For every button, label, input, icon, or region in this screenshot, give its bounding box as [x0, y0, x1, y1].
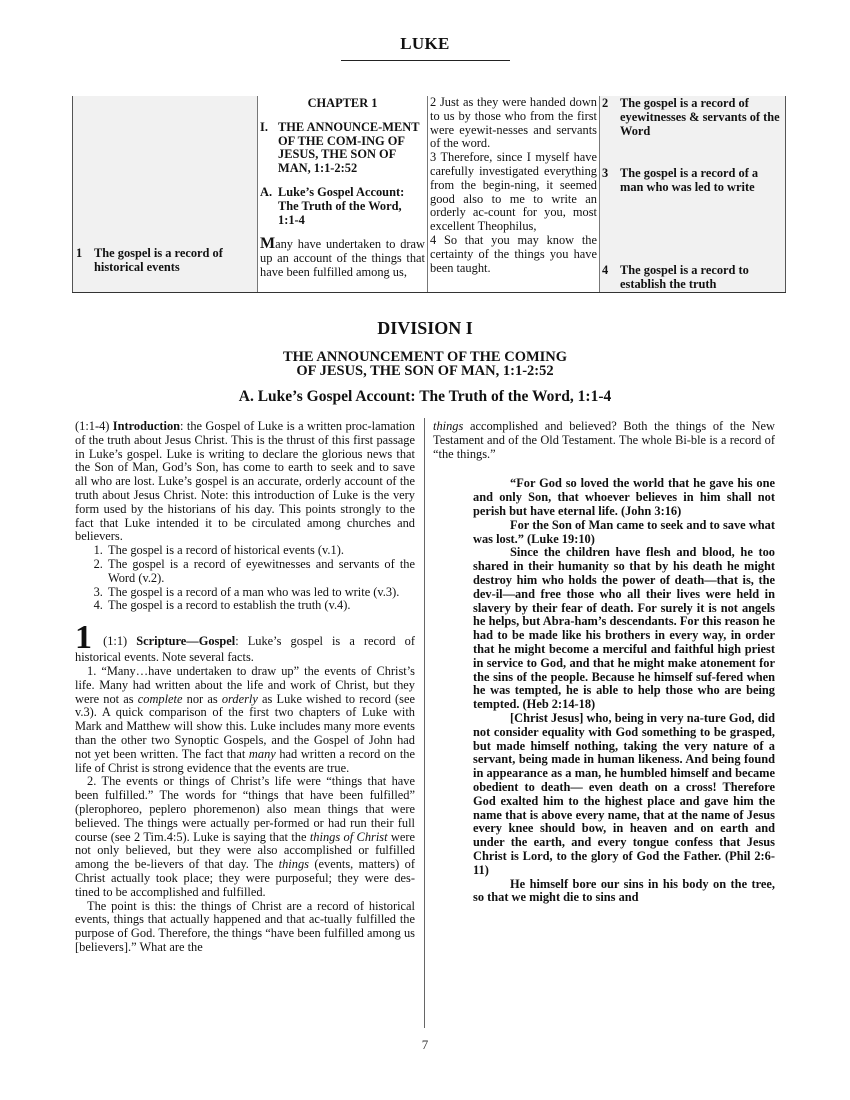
- emphasis: things: [433, 419, 463, 433]
- outline-point-2: 2 The gospel is a record of eyewitnesses…: [602, 97, 783, 167]
- section-title: A. Luke’s Gospel Account: The Truth of t…: [0, 388, 850, 406]
- division-subtitle: THE ANNOUNCEMENT OF THE COMING OF JESUS,…: [0, 350, 850, 378]
- outline-left-column: 1 The gospel is a record of historical e…: [73, 96, 258, 292]
- quotation: Since the children have flesh and blood,…: [473, 546, 775, 712]
- division-subtitle-line-2: OF JESUS, THE SON OF MAN, 1:1-2:52: [0, 364, 850, 378]
- section-label: A.: [260, 186, 278, 200]
- header-rule: [341, 60, 510, 61]
- scripture-column-2: 2 Just as they were handed down to us by…: [428, 96, 600, 292]
- outline-point-number: 1: [76, 247, 94, 275]
- outline-point-number: 2: [602, 97, 620, 167]
- verse-4: 4 So that you may know the certainty of …: [430, 234, 597, 275]
- quotation: For the Son of Man came to seek and to s…: [473, 519, 775, 547]
- outline-right-column: 2 The gospel is a record of eyewitnesses…: [600, 96, 786, 292]
- intro-point: The gospel is a record of a man who was …: [106, 586, 415, 600]
- emphasis: things: [279, 857, 309, 871]
- verse-dropcap: M: [260, 235, 275, 252]
- note-bold-term: Scripture—Gospel: [136, 634, 235, 648]
- division-heading: I.THE ANNOUNCE-MENT OF THE COM-ING OF JE…: [260, 121, 425, 176]
- verse-2: 2 Just as they were handed down to us by…: [430, 96, 597, 151]
- page-number: 7: [0, 1037, 850, 1053]
- quotation: [Christ Jesus] who, being in very na-tur…: [473, 712, 775, 878]
- division-title: DIVISION I: [0, 318, 850, 339]
- outline-point-text: The gospel is a record to establish the …: [620, 264, 783, 292]
- running-header-title: LUKE: [0, 34, 850, 54]
- intro-points-list: The gospel is a record of historical eve…: [75, 544, 415, 613]
- emphasis: complete: [138, 692, 183, 706]
- section-heading: A.Luke’s Gospel Account: The Truth of th…: [260, 186, 425, 227]
- text-run: accomplished and believed? Both the thin…: [433, 419, 775, 461]
- continuation-paragraph: things accomplished and believed? Both t…: [433, 420, 775, 461]
- text-run: nor as: [182, 692, 221, 706]
- division-subtitle-line-1: THE ANNOUNCEMENT OF THE COMING: [0, 350, 850, 364]
- outline-point-text: The gospel is a record of historical eve…: [94, 247, 251, 275]
- intro-bold-term: Introduction: [113, 419, 180, 433]
- outline-point-3: 3 The gospel is a record of a man who wa…: [602, 167, 783, 264]
- outline-point-text: The gospel is a record of a man who was …: [620, 167, 783, 264]
- intro-point: The gospel is a record to establish the …: [106, 599, 415, 613]
- introduction-paragraph: (1:1-4) Introduction: the Gospel of Luke…: [75, 420, 415, 544]
- division-heading-text: THE ANNOUNCE-MENT OF THE COM-ING OF JESU…: [278, 120, 419, 175]
- intro-point: The gospel is a record of historical eve…: [106, 544, 415, 558]
- commentary-left-column: (1:1-4) Introduction: the Gospel of Luke…: [75, 420, 415, 955]
- verse-1-text: any have undertaken to draw up an accoun…: [260, 237, 425, 279]
- intro-reference: (1:1-4): [75, 419, 113, 433]
- outline-table: 1 The gospel is a record of historical e…: [72, 96, 786, 293]
- column-divider: [424, 418, 425, 1028]
- scripture-quotation-block: “For God so loved the world that he gave…: [473, 477, 775, 905]
- verse-3: 3 Therefore, since I myself have careful…: [430, 151, 597, 234]
- note-reference: (1:1): [94, 634, 136, 648]
- emphasis: many: [249, 747, 276, 761]
- outline-point-1: 1 The gospel is a record of historical e…: [76, 247, 251, 275]
- scripture-column-1: CHAPTER 1 I.THE ANNOUNCE-MENT OF THE COM…: [258, 96, 428, 292]
- commentary-right-column: things accomplished and believed? Both t…: [433, 420, 775, 905]
- emphasis: orderly: [222, 692, 258, 706]
- intro-point: The gospel is a record of eyewitnesses a…: [106, 558, 415, 586]
- commentary-paragraph-3: The point is this: the things of Christ …: [75, 900, 415, 955]
- section-heading-text: Luke’s Gospel Account: The Truth of the …: [278, 185, 404, 227]
- commentary-paragraph-1: 1. “Many…have undertaken to draw up” the…: [75, 665, 415, 775]
- intro-text: : the Gospel of Luke is a written proc-l…: [75, 419, 415, 543]
- commentary-paragraph-2: 2. The events or things of Christ’s life…: [75, 775, 415, 899]
- quotation: He himself bore our sins in his body on …: [473, 878, 775, 906]
- chapter-label: CHAPTER 1: [260, 97, 425, 111]
- outline-point-number: 4: [602, 264, 620, 292]
- emphasis: things of Christ: [310, 830, 388, 844]
- division-label: I.: [260, 121, 278, 135]
- outline-point-text: The gospel is a record of eyewitnesses &…: [620, 97, 783, 167]
- note-1-paragraph: 1 (1:1) Scripture—Gospel: Luke’s gospel …: [75, 625, 415, 665]
- verse-1: Many have undertaken to draw up an accou…: [260, 237, 425, 279]
- outline-point-4: 4 The gospel is a record to establish th…: [602, 264, 783, 292]
- outline-point-number: 3: [602, 167, 620, 264]
- quotation: “For God so loved the world that he gave…: [473, 477, 775, 518]
